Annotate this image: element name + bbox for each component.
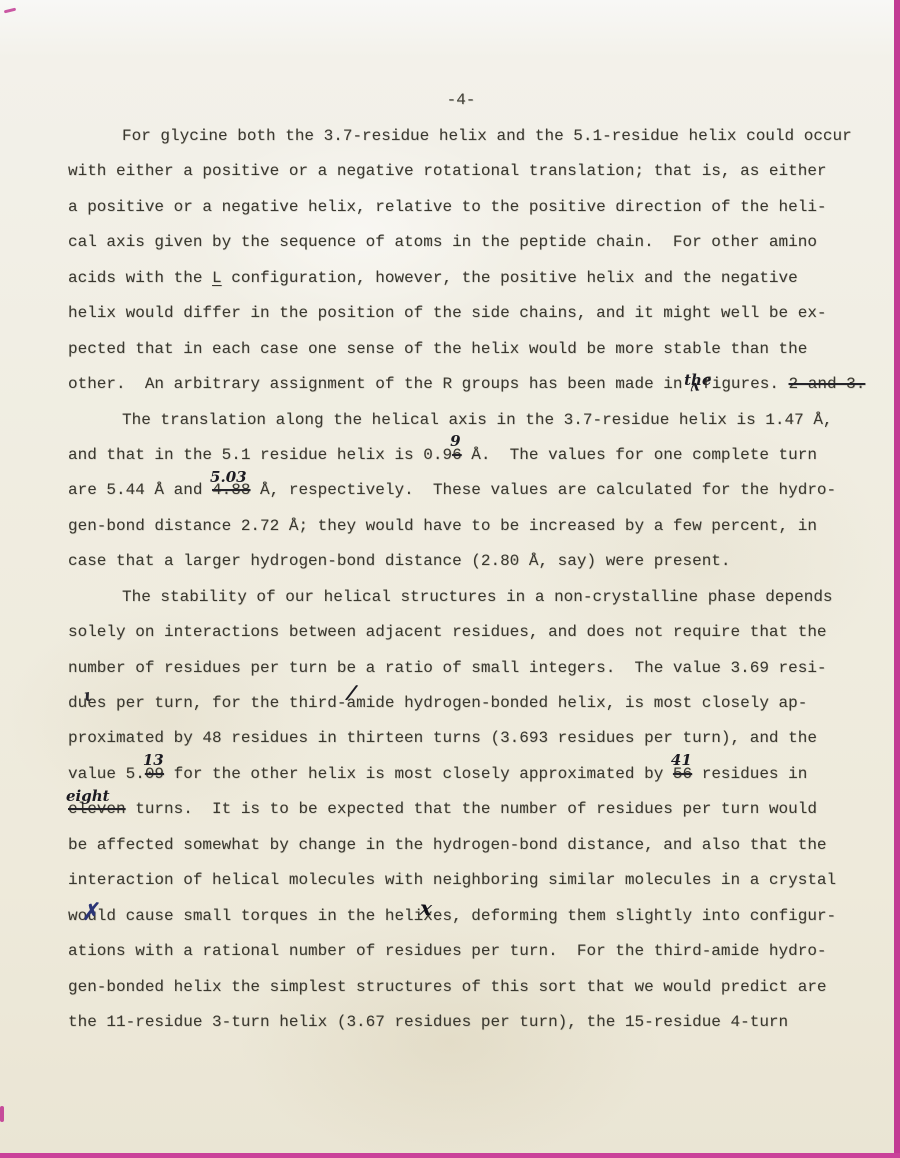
typed-text-segment: the 11-residue 3-turn helix (3.67 residu… (68, 1013, 788, 1031)
typed-line: proximated by 48 residues in thirteen tu… (68, 721, 868, 756)
typed-text-block: For glycine both the 3.7-residue helix a… (68, 119, 868, 1040)
handwritten-replacement: 5.03 (210, 470, 247, 485)
handwritten-x: x (420, 897, 433, 918)
typed-text-segment: residues in (692, 765, 807, 783)
scanned-page: -4- For glycine both the 3.7-residue hel… (0, 0, 900, 1158)
typed-line: eighteleven turns. It is to be expected … (68, 792, 868, 827)
typed-line: helix would differ in the position of th… (68, 296, 868, 331)
typed-line: value 5.1309 for the other helix is most… (68, 757, 868, 792)
typed-text-segment: and that in the 5.1 residue helix is 0.9 (68, 446, 452, 464)
typed-text-segment: acids with the (68, 269, 212, 287)
typed-line: case that a larger hydrogen-bond distanc… (68, 544, 868, 579)
typed-text-segment: number of residues per turn be a ratio o… (68, 659, 827, 677)
typed-text-segment: figures. (702, 375, 788, 393)
typed-text-segment: Å, respectively. These values are calcul… (250, 481, 836, 499)
typed-text-segment: value 5. (68, 765, 145, 783)
handwritten-replacement: 13 (143, 753, 164, 768)
typed-text-segment: pected that in each case one sense of th… (68, 340, 807, 358)
typed-text-segment: For glycine both the 3.7-residue helix a… (122, 127, 852, 145)
typed-line: dues per turn, for the third-a/mide hydr… (68, 686, 868, 721)
insert-caret: ʌ (689, 379, 699, 395)
typed-line: would cause small torques in the helixxe… (68, 899, 868, 934)
typed-line: pected that in each case one sense of th… (68, 332, 868, 367)
typed-line: with either a positive or a negative rot… (68, 154, 868, 189)
typed-line: cal axis given by the sequence of atoms … (68, 225, 868, 260)
typed-text-segment: are 5.44 Å and (68, 481, 212, 499)
typed-line: number of residues per turn be a ratio o… (68, 651, 868, 686)
handwritten-replacement: eight (66, 789, 110, 804)
typed-text-segment: es, deforming them slightly into configu… (433, 907, 836, 925)
typed-line: The translation along the helical axis i… (68, 403, 868, 438)
typed-text-segment: would cause small torques in the heli (68, 907, 423, 925)
typed-line: are 5.44 Å and 5.034.88 Å, respectively.… (68, 473, 868, 508)
typed-text-segment: The translation along the helical axis i… (122, 411, 833, 429)
handwritten-correction: 5.034.88 (212, 473, 250, 508)
typed-text-segment: solely on interactions between adjacent … (68, 623, 827, 641)
handwritten-correction: 4156 (673, 757, 692, 792)
typed-text-segment: configuration, however, the positive hel… (222, 269, 798, 287)
scan-edge-right (894, 0, 900, 1158)
typed-line: be affected somewhat by change in the hy… (68, 828, 868, 863)
typed-line: gen-bonded helix the simplest structures… (68, 970, 868, 1005)
scan-fleck-top-left (4, 8, 16, 14)
handwritten-correction: eighteleven (68, 792, 126, 827)
typed-text-segment: a positive or a negative helix, relative… (68, 198, 827, 216)
typed-line: solely on interactions between adjacent … (68, 615, 868, 650)
handwritten-replacement: 9 (450, 434, 460, 449)
typed-text-segment: Å. The values for one complete turn (462, 446, 817, 464)
typed-text-segment: be affected somewhat by change in the hy… (68, 836, 827, 854)
typed-line: acids with the L configuration, however,… (68, 261, 868, 296)
margin-x-flag-icon: ✗ (80, 900, 100, 923)
slashed-letter: a/ (346, 686, 356, 721)
struck-out-text: 2 and 3. (789, 375, 866, 393)
page-number: -4- (0, 84, 900, 116)
typed-line: For glycine both the 3.7-residue helix a… (68, 119, 868, 154)
typed-text-segment: dues per turn, for the third- (68, 694, 346, 712)
typed-text-segment: with either a positive or a negative rot… (68, 162, 827, 180)
typed-text-segment: interaction of helical molecules with ne… (68, 871, 836, 889)
typed-text-segment: gen-bonded helix the simplest structures… (68, 978, 827, 996)
typed-line: a positive or a negative helix, relative… (68, 190, 868, 225)
typed-text-segment: for the other helix is most closely appr… (164, 765, 673, 783)
typed-text-segment: proximated by 48 residues in thirteen tu… (68, 729, 817, 747)
typed-text-segment: other. An arbitrary assignment of the R … (68, 375, 692, 393)
typed-line: interaction of helical molecules with ne… (68, 863, 868, 898)
typed-text-segment: helix would differ in the position of th… (68, 304, 827, 322)
typed-line: ations with a rational number of residue… (68, 934, 868, 969)
underlined-text: L (212, 269, 222, 287)
handwritten-correction: 1309 (145, 757, 164, 792)
typed-text-segment: The stability of our helical structures … (122, 588, 833, 606)
overwritten-letter: xx (423, 899, 433, 934)
typed-text-segment: turns. It is to be expected that the num… (126, 800, 817, 818)
typed-text-segment: case that a larger hydrogen-bond distanc… (68, 552, 731, 570)
typed-line: and that in the 5.1 residue helix is 0.9… (68, 438, 868, 473)
typed-line: The stability of our helical structures … (68, 580, 868, 615)
scan-edge-bottom (0, 1153, 900, 1158)
typed-line: other. An arbitrary assignment of the R … (68, 367, 868, 402)
typed-text-segment: mide hydrogen-bonded helix, is most clos… (356, 694, 807, 712)
typed-line: the 11-residue 3-turn helix (3.67 residu… (68, 1005, 868, 1040)
typed-text-segment: ations with a rational number of residue… (68, 942, 827, 960)
typed-text-segment: gen-bond distance 2.72 Å; they would hav… (68, 517, 817, 535)
typed-text-segment: cal axis given by the sequence of atoms … (68, 233, 817, 251)
scan-fleck-left (0, 1106, 4, 1122)
handwritten-replacement: 41 (671, 753, 692, 768)
handwritten-correction: 96 (452, 438, 462, 473)
typed-line: gen-bond distance 2.72 Å; they would hav… (68, 509, 868, 544)
